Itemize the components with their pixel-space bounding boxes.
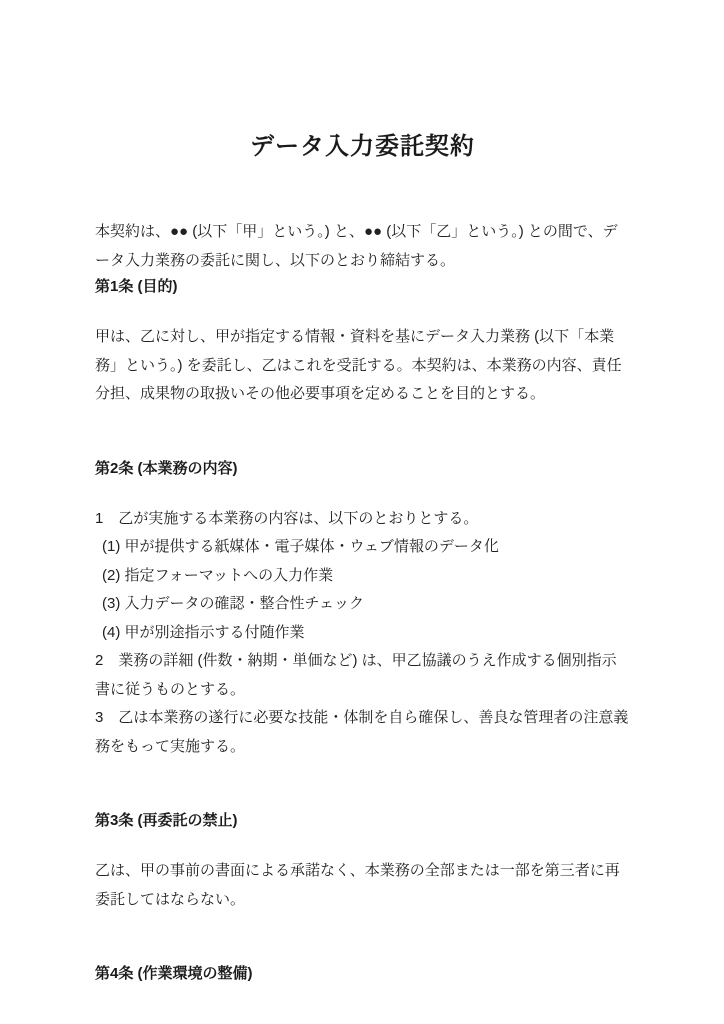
article-3: 第3条 (再委託の禁止) 乙は、甲の事前の書面による承諾なく、本業務の全部または… <box>95 809 630 914</box>
article-3-paragraph: 乙は、甲の事前の書面による承諾なく、本業務の全部または一部を第三者に再委託しては… <box>95 857 630 914</box>
document-page: データ入力委託契約 本契約は、●● (以下「甲」という。) と、●● (以下「乙… <box>0 0 724 1024</box>
article-1: 第1条 (目的) 甲は、乙に対し、甲が指定する情報・資料を基にデータ入力業務 (… <box>95 275 630 409</box>
article-2: 第2条 (本業務の内容) 1 乙が実施する本業務の内容は、以下のとおりとする。 … <box>95 457 630 762</box>
article-4-heading: 第4条 (作業環境の整備) <box>95 962 630 986</box>
article-4: 第4条 (作業環境の整備) <box>95 962 630 986</box>
article-3-heading: 第3条 (再委託の禁止) <box>95 809 630 833</box>
article-2-list-item-4: (4) 甲が別途指示する付随作業 <box>95 619 630 648</box>
article-2-heading: 第2条 (本業務の内容) <box>95 457 630 481</box>
article-2-clause-2: 2 業務の詳細 (件数・納期・単価など) は、甲乙協議のうえ作成する個別指示書に… <box>95 647 630 704</box>
article-2-list-item-3: (3) 入力データの確認・整合性チェック <box>95 590 630 619</box>
document-title: データ入力委託契約 <box>95 130 630 164</box>
article-1-heading: 第1条 (目的) <box>95 275 630 299</box>
article-2-list-item-1: (1) 甲が提供する紙媒体・電子媒体・ウェブ情報のデータ化 <box>95 533 630 562</box>
article-2-list-item-2: (2) 指定フォーマットへの入力作業 <box>95 562 630 591</box>
intro-paragraph: 本契約は、●● (以下「甲」という。) と、●● (以下「乙」という。) との間… <box>95 218 630 275</box>
article-2-clause-1: 1 乙が実施する本業務の内容は、以下のとおりとする。 <box>95 505 630 534</box>
article-1-paragraph: 甲は、乙に対し、甲が指定する情報・資料を基にデータ入力業務 (以下「本業務」とい… <box>95 323 630 409</box>
article-2-clause-3: 3 乙は本業務の遂行に必要な技能・体制を自ら確保し、善良な管理者の注意義務をもっ… <box>95 704 630 761</box>
